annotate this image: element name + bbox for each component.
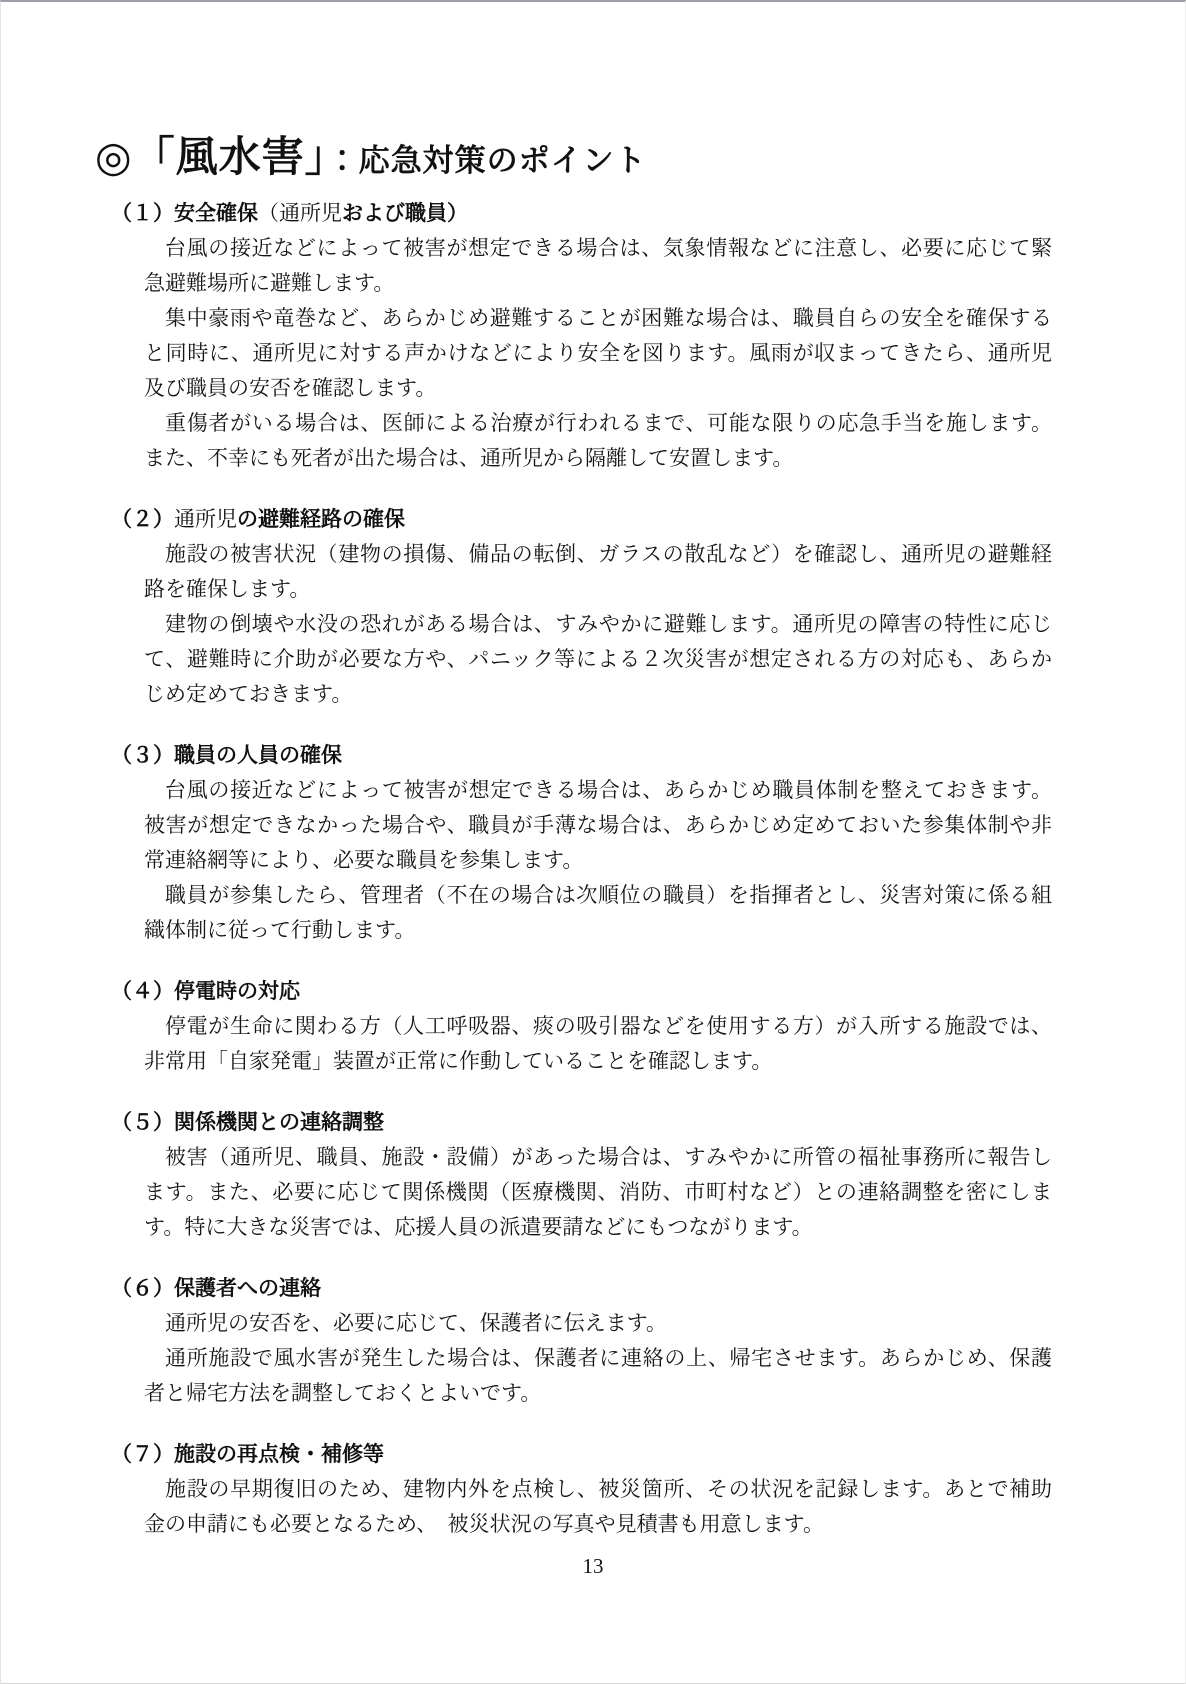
text-line: 通所施設で風水害が発生した場合は、保護者に連絡の上、帰宅させます。あらかじめ、保… (144, 1341, 1052, 1376)
document-page: ◎「風水害」：応急対策のポイント （１）安全確保（通所児および職員）台風の接近な… (0, 0, 1186, 1684)
text-line: す。特に大きな災害では、応援人員の派遣要請などにもつながります。 (144, 1210, 1052, 1245)
section: （７）施設の再点検・補修等施設の早期復旧のため、建物内外を点検し、被災箇所、その… (111, 1437, 1185, 1542)
heading-run: および職員） (342, 202, 468, 225)
section-heading: （２）通所児の避難経路の確保 (111, 502, 1185, 537)
paragraph: 施設の被害状況（建物の損傷、備品の転倒、ガラスの散乱など）を確認し、通所児の避難… (144, 537, 1052, 607)
text-line: 金の申請にも必要となるため、 被災状況の写真や見積書も用意します。 (144, 1507, 1052, 1542)
heading-run: （６）保護者への連絡 (111, 1277, 321, 1300)
heading-run: （５）関係機関との連絡調整 (111, 1111, 384, 1134)
heading-run: （４）停電時の対応 (111, 980, 300, 1003)
text-line: また、不幸にも死者が出た場合は、通所児から隔離して安置します。 (144, 441, 1052, 476)
section: （３）職員の人員の確保台風の接近などによって被害が想定できる場合は、あらかじめ職… (111, 738, 1185, 948)
heading-run: （通所児 (258, 201, 342, 225)
paragraph: 集中豪雨や竜巻など、あらかじめ避難することが困難な場合は、職員自らの安全を確保す… (144, 301, 1052, 406)
heading-run: の避難経路の確保 (237, 508, 405, 531)
text-line: 非常用「自家発電」装置が正常に作動していることを確認します。 (144, 1044, 1052, 1079)
section-heading: （１）安全確保（通所児および職員） (111, 196, 1185, 231)
text-line: 台風の接近などによって被害が想定できる場合は、気象情報などに注意し、必要に応じて… (144, 231, 1052, 266)
section-heading: （６）保護者への連絡 (111, 1271, 1185, 1306)
text-line: 職員が参集したら、管理者（不在の場合は次順位の職員）を指揮者とし、災害対策に係る… (144, 878, 1052, 913)
paragraph: 台風の接近などによって被害が想定できる場合は、あらかじめ職員体制を整えておきます… (144, 773, 1052, 878)
text-line: 及び職員の安否を確認します。 (144, 371, 1052, 406)
section-heading: （７）施設の再点検・補修等 (111, 1437, 1185, 1472)
section-heading: （５）関係機関との連絡調整 (111, 1105, 1185, 1140)
text-line: 建物の倒壊や水没の恐れがある場合は、すみやかに避難します。通所児の障害の特性に応… (144, 607, 1052, 642)
text-line: じめ定めておきます。 (144, 677, 1052, 712)
text-line: 急避難場所に避難します。 (144, 266, 1052, 301)
heading-run: （１）安全確保 (111, 202, 258, 225)
heading-run: （２） (111, 508, 174, 531)
title-main: ◎「風水害」 (95, 133, 327, 180)
text-line: 常連絡網等により、必要な職員を参集します。 (144, 843, 1052, 878)
paragraph: 職員が参集したら、管理者（不在の場合は次順位の職員）を指揮者とし、災害対策に係る… (144, 878, 1052, 948)
text-line: 施設の早期復旧のため、建物内外を点検し、被災箇所、その状況を記録します。あとで補… (144, 1472, 1052, 1507)
page-title: ◎「風水害」：応急対策のポイント (95, 128, 1185, 186)
heading-run: （３）職員の人員の確保 (111, 744, 342, 767)
paragraph: 被害（通所児、職員、施設・設備）があった場合は、すみやかに所管の福祉事務所に報告… (144, 1140, 1052, 1245)
paragraph: 施設の早期復旧のため、建物内外を点検し、被災箇所、その状況を記録します。あとで補… (144, 1472, 1052, 1542)
section-heading: （４）停電時の対応 (111, 974, 1185, 1009)
page-number: 13 (1, 1554, 1185, 1579)
paragraph: 台風の接近などによって被害が想定できる場合は、気象情報などに注意し、必要に応じて… (144, 231, 1052, 301)
text-line: 織体制に従って行動します。 (144, 913, 1052, 948)
heading-run: 通所児 (174, 507, 237, 531)
section: （６）保護者への連絡通所児の安否を、必要に応じて、保護者に伝えます。通所施設で風… (111, 1271, 1185, 1411)
text-line: ます。また、必要に応じて関係機関（医療機関、消防、市町村など）との連絡調整を密に… (144, 1175, 1052, 1210)
section: （２）通所児の避難経路の確保施設の被害状況（建物の損傷、備品の転倒、ガラスの散乱… (111, 502, 1185, 712)
section: （５）関係機関との連絡調整被害（通所児、職員、施設・設備）があった場合は、すみや… (111, 1105, 1185, 1245)
text-line: と同時に、通所児に対する声かけなどにより安全を図ります。風雨が収まってきたら、通… (144, 336, 1052, 371)
text-line: 重傷者がいる場合は、医師による治療が行われるまで、可能な限りの応急手当を施します… (144, 406, 1052, 441)
text-line: 被害が想定できなかった場合や、職員が手薄な場合は、あらかじめ定めておいた参集体制… (144, 808, 1052, 843)
paragraph: 通所児の安否を、必要に応じて、保護者に伝えます。 (144, 1306, 1052, 1341)
text-line: 停電が生命に関わる方（人工呼吸器、痰の吸引器などを使用する方）が入所する施設では… (144, 1009, 1052, 1044)
section: （１）安全確保（通所児および職員）台風の接近などによって被害が想定できる場合は、… (111, 196, 1185, 476)
title-subtitle: ：応急対策のポイント (327, 143, 647, 178)
text-line: 台風の接近などによって被害が想定できる場合は、あらかじめ職員体制を整えておきます… (144, 773, 1052, 808)
sections: （１）安全確保（通所児および職員）台風の接近などによって被害が想定できる場合は、… (111, 196, 1185, 1542)
paragraph: 建物の倒壊や水没の恐れがある場合は、すみやかに避難します。通所児の障害の特性に応… (144, 607, 1052, 712)
paragraph: 停電が生命に関わる方（人工呼吸器、痰の吸引器などを使用する方）が入所する施設では… (144, 1009, 1052, 1079)
page-content: ◎「風水害」：応急対策のポイント （１）安全確保（通所児および職員）台風の接近な… (1, 2, 1185, 1542)
text-line: 路を確保します。 (144, 572, 1052, 607)
text-line: 集中豪雨や竜巻など、あらかじめ避難することが困難な場合は、職員自らの安全を確保す… (144, 301, 1052, 336)
text-line: 被害（通所児、職員、施設・設備）があった場合は、すみやかに所管の福祉事務所に報告… (144, 1140, 1052, 1175)
paragraph: 重傷者がいる場合は、医師による治療が行われるまで、可能な限りの応急手当を施します… (144, 406, 1052, 476)
text-line: て、避難時に介助が必要な方や、パニック等による２次災害が想定される方の対応も、あ… (144, 642, 1052, 677)
section-heading: （３）職員の人員の確保 (111, 738, 1185, 773)
text-line: 者と帰宅方法を調整しておくとよいです。 (144, 1376, 1052, 1411)
text-line: 施設の被害状況（建物の損傷、備品の転倒、ガラスの散乱など）を確認し、通所児の避難… (144, 537, 1052, 572)
paragraph: 通所施設で風水害が発生した場合は、保護者に連絡の上、帰宅させます。あらかじめ、保… (144, 1341, 1052, 1411)
heading-run: （７）施設の再点検・補修等 (111, 1443, 384, 1466)
section: （４）停電時の対応停電が生命に関わる方（人工呼吸器、痰の吸引器などを使用する方）… (111, 974, 1185, 1079)
text-line: 通所児の安否を、必要に応じて、保護者に伝えます。 (144, 1306, 1052, 1341)
